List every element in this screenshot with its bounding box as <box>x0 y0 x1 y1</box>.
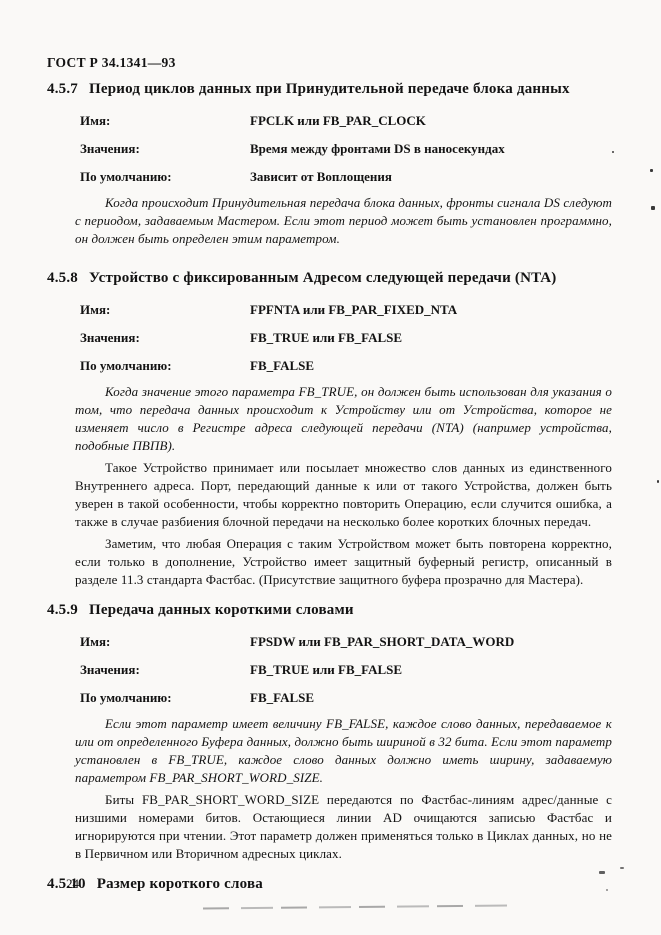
param-row-default: По умолчанию: FB_FALSE <box>80 690 612 706</box>
param-label: По умолчанию: <box>80 169 250 185</box>
section-title: Период циклов данных при Принудительной … <box>89 81 570 97</box>
paragraph: Биты FB_PAR_SHORT_WORD_SIZE передаются п… <box>75 791 612 863</box>
param-value: FB_FALSE <box>250 358 612 374</box>
param-row-values: Значения: Время между фронтами DS в нано… <box>80 141 612 157</box>
param-value: FPFNTA или FB_PAR_FIXED_NTA <box>250 302 612 318</box>
param-label: Имя: <box>80 302 250 318</box>
scan-speck <box>612 151 614 153</box>
page-number: 24 <box>66 876 79 891</box>
section-heading-4-5-10: 4.5.10Размер короткого слова <box>47 875 612 894</box>
section-heading-4-5-7: 4.5.7Период циклов данных при Принудител… <box>47 80 612 99</box>
param-label: Значения: <box>80 141 250 157</box>
section-number: 4.5.9 <box>47 602 78 618</box>
scan-speck <box>599 871 605 874</box>
param-label: По умолчанию: <box>80 690 250 706</box>
param-value: FPSDW или FB_PAR_SHORT_DATA_WORD <box>250 634 612 650</box>
section-heading-4-5-8: 4.5.8Устройство с фиксированным Адресом … <box>47 269 612 288</box>
paragraph: Когда значение этого параметра FB_TRUE, … <box>75 383 612 455</box>
param-value: FB_TRUE или FB_FALSE <box>250 330 612 346</box>
section-heading-4-5-9: 4.5.9Передача данных короткими словами <box>47 601 612 620</box>
param-value: Время между фронтами DS в наносекундах <box>250 141 612 157</box>
param-row-default: По умолчанию: Зависит от Воплощения <box>80 169 612 185</box>
scan-speck <box>620 867 624 869</box>
param-value: FPCLK или FB_PAR_CLOCK <box>250 113 612 129</box>
param-label: Значения: <box>80 662 250 678</box>
section-number: 4.5.7 <box>47 81 78 97</box>
param-label: По умолчанию: <box>80 358 250 374</box>
scan-speck <box>657 480 659 483</box>
param-row-name: Имя: FPSDW или FB_PAR_SHORT_DATA_WORD <box>80 634 612 650</box>
section-title: Размер короткого слова <box>97 876 263 892</box>
scan-speck <box>650 169 653 172</box>
param-row-values: Значения: FB_TRUE или FB_FALSE <box>80 330 612 346</box>
document-standard-number: ГОСТ Р 34.1341—93 <box>47 55 612 71</box>
paragraph: Если этот параметр имеет величину FB_FAL… <box>75 715 612 787</box>
param-row-values: Значения: FB_TRUE или FB_FALSE <box>80 662 612 678</box>
paragraph: Такое Устройство принимает или посылает … <box>75 459 612 531</box>
document-page: ГОСТ Р 34.1341—93 4.5.7Период циклов дан… <box>0 0 661 935</box>
param-label: Имя: <box>80 634 250 650</box>
param-label: Значения: <box>80 330 250 346</box>
scan-speck <box>606 889 608 891</box>
section-title: Устройство с фиксированным Адресом следу… <box>89 270 556 286</box>
paragraph: Когда происходит Принудительная передача… <box>75 194 612 248</box>
param-value: FB_TRUE или FB_FALSE <box>250 662 612 678</box>
param-row-name: Имя: FPCLK или FB_PAR_CLOCK <box>80 113 612 129</box>
scan-speck <box>651 206 655 210</box>
param-value: Зависит от Воплощения <box>250 169 612 185</box>
section-number: 4.5.8 <box>47 270 78 286</box>
param-row-name: Имя: FPFNTA или FB_PAR_FIXED_NTA <box>80 302 612 318</box>
param-row-default: По умолчанию: FB_FALSE <box>80 358 612 374</box>
param-label: Имя: <box>80 113 250 129</box>
section-title: Передача данных короткими словами <box>89 602 354 618</box>
paragraph: Заметим, что любая Операция с таким Устр… <box>75 535 612 589</box>
param-value: FB_FALSE <box>250 690 612 706</box>
